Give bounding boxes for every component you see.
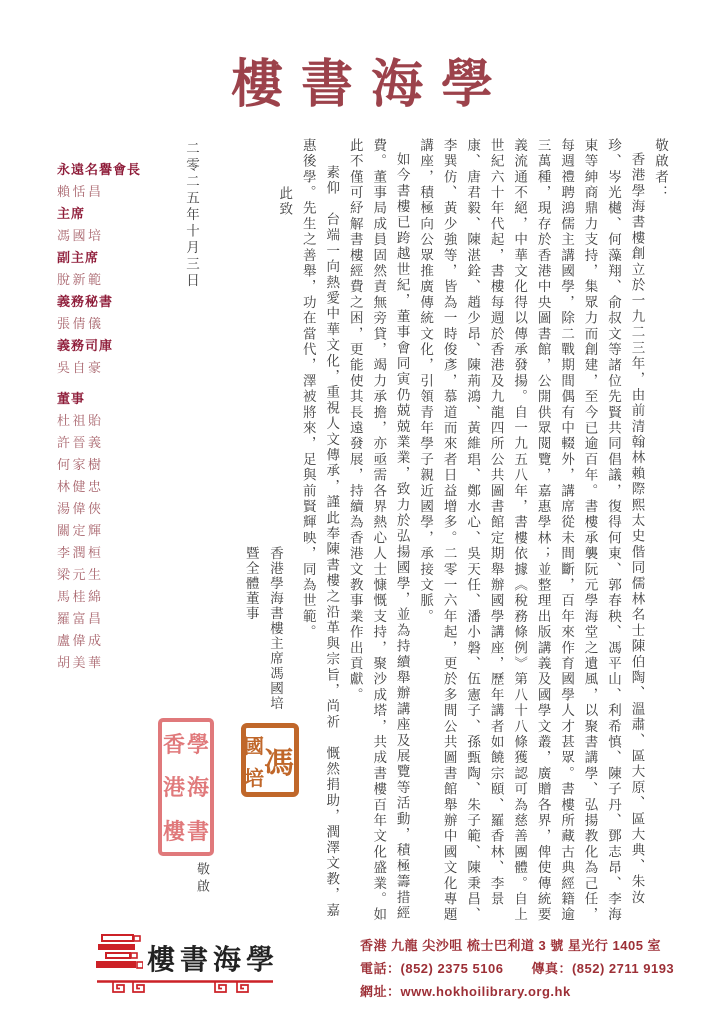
sidebar-section-secretary: 義務秘書 張倩儀 [57, 295, 167, 330]
library-seal-char: 學 [187, 728, 209, 759]
sidebar-name: 羅富昌 [57, 612, 167, 625]
sidebar-heading: 副主席 [57, 251, 167, 264]
sidebar-section-honorary-president: 永遠名譽會長 賴恬昌 [57, 163, 167, 198]
sidebar-name: 林健忠 [57, 480, 167, 493]
sidebar-name: 杜祖貽 [57, 414, 167, 427]
sidebar-heading: 永遠名譽會長 [57, 163, 167, 176]
chairman-seal-char: 馮 [264, 738, 294, 782]
phone-number: (852) 2375 5106 [401, 961, 504, 976]
website-line: 網址：www.hokhoilibrary.org.hk [360, 982, 674, 1001]
sidebar-name: 湯偉俠 [57, 502, 167, 515]
library-logo: 樓書海學 [95, 928, 275, 1006]
library-seal-char: 樓 [163, 815, 185, 846]
library-seal-char: 香 [163, 728, 185, 759]
sidebar-heading: 義務秘書 [57, 295, 167, 308]
sidebar-name: 許晉義 [57, 436, 167, 449]
paragraph-history: 香港學海書樓創立於一九二三年，由前清翰林賴際熙太史偕同儒林名士陳伯陶、溫肅、區大… [414, 138, 649, 932]
sidebar-heading: 義務司庫 [57, 339, 167, 352]
closing-phrase: 此致 [273, 138, 296, 932]
chairman-seal-char: 培 [244, 762, 264, 791]
sidebar-heading: 主席 [57, 207, 167, 220]
letter-body: 敬啟者： 香港學海書樓創立於一九二三年，由前清翰林賴際熙太史偕同儒林名士陳伯陶、… [273, 138, 672, 932]
letter-page: 樓書海學 敬啟者： 香港學海書樓創立於一九二三年，由前清翰林賴際熙太史偕同儒林名… [0, 0, 724, 1024]
officers-sidebar: 永遠名譽會長 賴恬昌 主席 馮國培 副主席 脫新範 義務秘書 張倩儀 義務司庫 … [57, 163, 167, 678]
chairman-seal: 馮 國 培 [241, 723, 299, 797]
library-seal-char: 港 [163, 771, 185, 802]
sidebar-name: 盧偉成 [57, 634, 167, 647]
sidebar-name: 梁元生 [57, 568, 167, 581]
stacked-books-icon [95, 934, 143, 976]
paragraph-request: 素仰 台端一向熱愛中華文化，重視人文傳承，謹此奉陳書樓之沿革與宗旨，尚祈 慨然捐… [296, 138, 343, 932]
library-seal-char: 書 [187, 815, 209, 846]
sidebar-section-chairman: 主席 馮國培 [57, 207, 167, 242]
paragraph-appeal: 如今書樓已跨越世紀，董事會同寅仍兢兢業業，致力於弘揚國學，並為持續舉辦講座及展覽… [343, 138, 413, 932]
fax-number: (852) 2711 9193 [572, 961, 674, 976]
sidebar-name: 賴恬昌 [57, 185, 167, 198]
sidebar-name: 吳自豪 [57, 361, 167, 374]
signature-block: 香港學海書樓主席馮國培 暨全體董事 [238, 546, 287, 711]
sidebar-section-vice-chairman: 副主席 脫新範 [57, 251, 167, 286]
contact-info: 香港 九龍 尖沙咀 梳士巴利道 3 號 星光行 1405 室 電話：(852) … [360, 936, 674, 1005]
logo-calligraphy-text: 樓書海學 [147, 938, 279, 978]
address-line: 香港 九龍 尖沙咀 梳士巴利道 3 號 星光行 1405 室 [360, 936, 674, 955]
phone-label: 電話： [360, 961, 401, 976]
sidebar-section-treasurer: 義務司庫 吳自豪 [57, 339, 167, 374]
sidebar-name: 胡美華 [57, 656, 167, 669]
sidebar-name: 馮國培 [57, 229, 167, 242]
sidebar-heading: 董事 [57, 392, 167, 405]
letterhead-title: 樓書海學 [0, 42, 724, 117]
sidebar-name: 何家樹 [57, 458, 167, 471]
sidebar-name: 馬桂綿 [57, 590, 167, 603]
library-seal: 學 香 海 港 書 樓 [158, 718, 214, 856]
sidebar-name: 脫新範 [57, 273, 167, 286]
library-seal-char: 海 [187, 771, 209, 802]
website-url: www.hokhoilibrary.org.hk [401, 984, 571, 999]
signoff: 敬啟 [193, 862, 212, 896]
sidebar-name: 李潤桓 [57, 546, 167, 559]
sidebar-name: 張倩儀 [57, 317, 167, 330]
signature-board-line: 暨全體董事 [238, 546, 262, 711]
signature-chairman-line: 香港學海書樓主席馮國培 [263, 546, 287, 711]
phone-fax-line: 電話：(852) 2375 5106傳真：(852) 2711 9193 [360, 959, 674, 978]
chairman-seal-char: 國 [244, 730, 264, 759]
salutation: 敬啟者： [649, 138, 672, 932]
letter-date: 二零二五年十月三日 [181, 141, 201, 290]
website-label: 網址： [360, 984, 401, 999]
sidebar-name: 關定輝 [57, 524, 167, 537]
fax-label: 傳真： [531, 961, 572, 976]
fret-pattern-rule [97, 980, 273, 998]
sidebar-section-directors: 董事 杜祖貽 許晉義 何家樹 林健忠 湯偉俠 關定輝 李潤桓 梁元生 馬桂綿 羅… [57, 392, 167, 669]
